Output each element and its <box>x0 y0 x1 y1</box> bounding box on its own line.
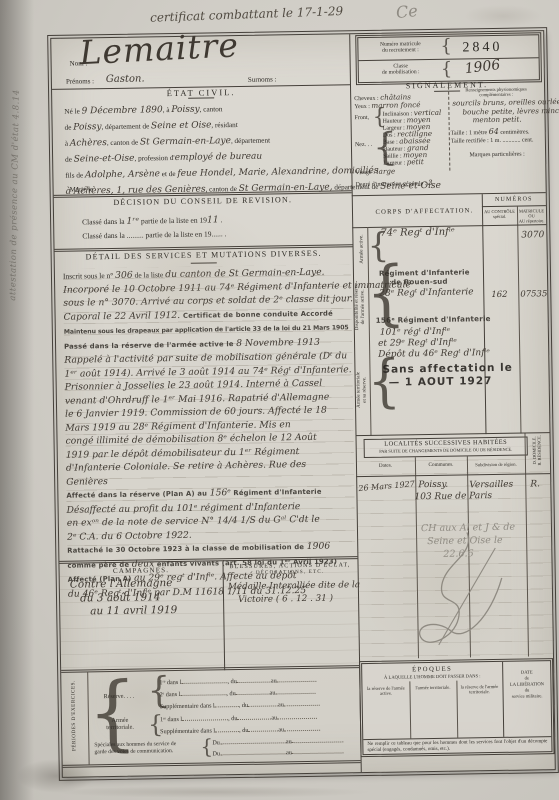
numeros-title: NUMÉROS <box>482 196 546 203</box>
prenoms-label: Prénoms : <box>66 77 94 85</box>
matricule-box: Numéro matricule du recrutement : { 2840… <box>357 34 540 83</box>
corps-entry-stamp: de Rouen-sud <box>391 278 448 287</box>
localites-row-commune: Poissy. <box>418 480 448 490</box>
classe-label: Classe de mobilisation : <box>363 63 439 76</box>
corps-title: CORPS D'AFFECTATION. <box>367 207 482 216</box>
nez-largeur-row: Largeur : petit <box>383 157 424 167</box>
marie-label: Marié le <box>70 185 94 193</box>
epoques-col-3: la réserve de l'armée territoriale. <box>457 684 501 695</box>
corps-affectation-table: CORPS D'AFFECTATION. NUMÉROS AU CONTRÔLE… <box>352 192 550 436</box>
matricule-value: 2840 <box>462 40 502 57</box>
epoques-table: ÉPOQUES À LAQUELLE L'HOMME DOIT PASSER D… <box>361 660 552 755</box>
rule <box>356 473 550 477</box>
matricule-label: Numéro matricule du recrutement : <box>362 41 438 54</box>
epoques-subtitle: À LAQUELLE L'HOMME DOIT PASSER DANS : <box>362 673 502 680</box>
periode-row: 1ʳᵉ dans l, duau <box>160 713 317 723</box>
blessures-lines: Médaille Interalliée dite de laVictoire … <box>228 579 356 607</box>
periode-row: 2ᵉ dans l, duau <box>159 688 315 698</box>
matricule-form: Nom : Lemaitre Prénoms : Gaston. Surnoms… <box>50 30 556 778</box>
localites-table: LOCALITÉS SUCCESSIVES HABITÉES PAR SUITE… <box>355 432 552 659</box>
margin-note-left: attestation de présence au CM d'état 4.8… <box>7 30 23 360</box>
nez-label: Nez. . . <box>355 142 372 148</box>
sans-affectation-date-stamp: — 1 AOUT 1927 <box>389 375 493 389</box>
corps-entry-stamp: 156ᵉ Régiment d'Infanterie <box>376 314 491 325</box>
localites-col-subdivision: Subdivision de région. <box>467 462 525 468</box>
corps-entry: 101ᵉ régᵗ d'Infⁱᵉ <box>380 327 450 338</box>
periodes-side-label: PÉRIODES D'EXERCICES. <box>71 676 78 756</box>
periodes-box: PÉRIODES D'EXERCICES. { Réserve. . . . {… <box>61 665 361 768</box>
localites-row-subdivision: Versailles <box>469 480 513 491</box>
periodes-speciales-label: Spéciales aux hommes du service degarde … <box>94 741 176 755</box>
scanned-document-page: certificat combattant le 17-1-29 Ce atte… <box>0 0 559 800</box>
marques-label: Marques particulières : <box>451 151 543 158</box>
localites-col-communes: Communes. <box>415 461 467 468</box>
localites-row-date: 26 Mars 1927 <box>358 479 415 493</box>
brace-icon: { <box>440 38 452 56</box>
epoques-col-2: l'armée territoriale. <box>410 685 455 691</box>
surnoms-label: Surnoms : <box>248 75 277 83</box>
margin-note-top: certificat combattant le 17-1-29 <box>150 1 420 24</box>
num-col2-header: MATRICULE OUAU répertoire. <box>518 208 545 223</box>
rule <box>524 434 529 657</box>
corps-entry-stamp: Régiment d'Infanterie <box>379 268 470 277</box>
blessures-title-2: DÉCORATIONS, ETC. <box>223 569 358 576</box>
rule <box>222 561 225 670</box>
visage-row: Visage : large <box>355 167 395 177</box>
rule <box>191 262 217 263</box>
periode-row: Supplémentaire dans l, duau <box>160 700 320 711</box>
num-col1-header: AU CONTRÔLEspécial. <box>483 209 516 220</box>
renseignements-value: sourcils bruns, oreilles ourlées,bouche … <box>452 98 542 125</box>
periodes-reserve-label: Réserve. . . . <box>104 693 135 700</box>
periode-row: Duau <box>212 736 344 746</box>
periode-row: Duau <box>212 747 344 757</box>
periode-row: Supplémentaire dans l, duau <box>160 725 320 736</box>
localites-col-domicile-residence: D. DOMICILE.R. RÉSIDENCE. <box>531 427 542 473</box>
campagnes-title: CAMPAGNES. <box>60 565 223 576</box>
decision-lines: Classé dans la 1ʳᵉ partie de la liste en… <box>82 210 342 241</box>
rule <box>188 97 214 98</box>
corps-entry: 74ᵉ Regᵗ d'Infⁱᵉ <box>380 227 455 239</box>
epoques-date-col-header: DATEdeLA LIBÉRATIONduservice militaire. <box>503 669 550 700</box>
localites-col-dates: Dates. <box>356 462 415 469</box>
front-label: Front, <box>354 115 369 121</box>
periodes-territoriale-label: Arméeterritoriale. <box>96 718 144 732</box>
band-disponibilite-label: Disponibilité et réservede l'armée activ… <box>354 263 367 351</box>
corps-num: 07535 <box>520 289 547 299</box>
localites-title-box: LOCALITÉS SUCCESSIVES HABITÉES PAR SUITE… <box>364 436 528 458</box>
nom-value: Lemaitre <box>79 25 240 72</box>
localites-row-commune-2: 103 Rue de Paris <box>414 491 492 502</box>
epoques-note: Ne remplir ce tableau que pour les homme… <box>367 739 547 753</box>
classe-value: 1906 <box>464 57 501 77</box>
signalement-section: SIGNALEMENT. Cheveux : châtains Yeux : m… <box>350 77 546 195</box>
campagnes-lines: Contre l'Allemagnedu 3 août 1914au 11 av… <box>70 576 221 619</box>
degre-row: Degré d'instruction générale : 3 <box>355 178 432 188</box>
renseignements-label: Renseignements physionomiquescomplémenta… <box>450 86 542 97</box>
localites-row-dr: R. <box>530 479 540 489</box>
taille-row: Taille : 1 mètre 64 centimètres. <box>451 126 530 136</box>
corps-num: 162 <box>491 290 507 300</box>
epoques-col-1: la réserve de l'armée active. <box>363 685 408 696</box>
corps-entry: et 29ᵉ Regᵗ d'Infⁱᵉ <box>378 338 457 349</box>
brace-icon: { <box>441 61 453 79</box>
pencil-scribble <box>403 526 523 654</box>
taille-rectifiee-row: Taille rectifiée : 1 m. ............ cen… <box>451 137 534 144</box>
rule <box>482 205 546 207</box>
periode-row: 1ʳᵉ dans l, duau <box>159 676 316 686</box>
services-lines: Inscrit sous le n° 306 de la liste du ca… <box>63 264 355 548</box>
pencil-mark-top-right: Ce <box>395 1 419 22</box>
prenoms-value: Gaston. <box>106 73 145 85</box>
sans-affectation-stamp: Sans affectation le <box>382 362 513 376</box>
corps-num: 3070 <box>521 230 544 240</box>
campagnes-blessures-box: CAMPAGNES. Contre l'Allemagnedu 3 août 1… <box>59 556 359 673</box>
etat-civil-lines: Né le 9 Décembre 1890, à Poissy, cantond… <box>64 98 349 198</box>
corps-entry: 28ᵉ Regᵗ d'Infanterie <box>379 287 473 298</box>
